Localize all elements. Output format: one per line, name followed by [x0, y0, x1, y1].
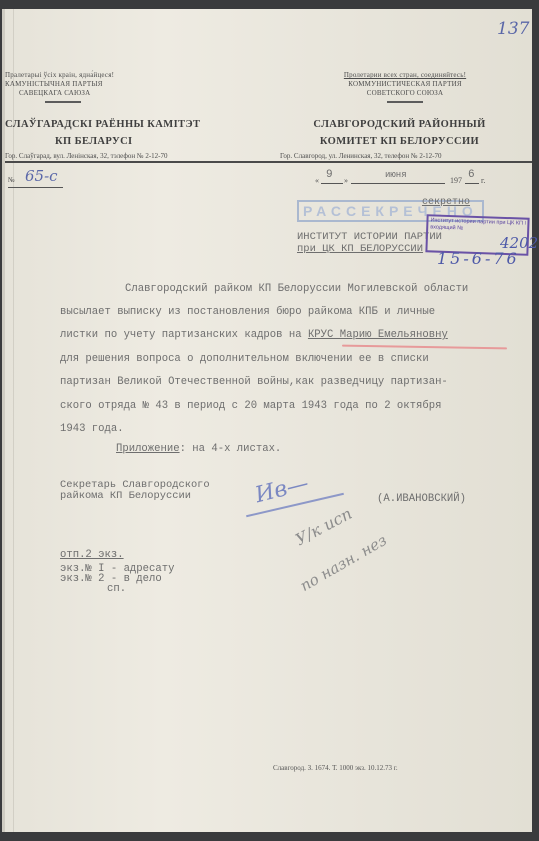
date-line: « 9 » июня 197 6 г.: [315, 169, 515, 187]
letterhead-right: Пролетарии всех стран, соединяйтесь! КОМ…: [305, 71, 505, 103]
party-name-left-1: КАМУНІСТЫЧНАЯ ПАРТЫЯ: [5, 80, 135, 89]
body-line-5: партизан Великой Отечественной войны,как…: [60, 376, 448, 388]
subject-name: КРУС Марию Емельяновну: [308, 329, 448, 341]
addressee-line-1: ИНСТИТУТ ИСТОРИИ ПАРТИИ: [297, 231, 442, 243]
copies-header: отп.2 экз.: [60, 549, 124, 561]
header-rule: [5, 161, 532, 163]
date-year-suffix: г.: [481, 176, 485, 185]
date-year-prefix: 197: [450, 176, 462, 185]
body-line-3-text: листки по учету партизанских кадров на: [60, 329, 308, 341]
body-line-7: 1943 года.: [60, 423, 124, 435]
incoming-date: 15-6-76: [437, 249, 520, 268]
committee-right-1: СЛАВГОРОДСКИЙ РАЙОННЫЙ: [287, 119, 512, 130]
body-line-6: ского отряда № 43 в период с 20 марта 19…: [60, 400, 441, 412]
party-name-left-2: САВЕЦКАГА САЮЗА: [5, 89, 135, 98]
ornament-left: [45, 101, 81, 103]
ornament-right: [387, 101, 423, 103]
outgoing-number: 65-с: [25, 167, 58, 185]
signatory-name: (А.ИВАНОВСКИЙ): [377, 493, 466, 505]
resolution-note-line-1: У/к исп: [292, 504, 355, 549]
date-day: 9: [326, 169, 333, 181]
printer-imprint: Славгород. З. 1674. Т. 1000 экз. 10.12.7…: [273, 764, 398, 772]
body-line-1: Славгородский райком КП Белоруссии Могил…: [125, 283, 468, 295]
letterhead-left: Пралетарыі ўсіх краін, ядна́йцеся! КАМУН…: [5, 71, 135, 103]
slogan-left: Пралетарыі ўсіх краін, ядна́йцеся!: [5, 71, 135, 80]
year-underline: [465, 183, 479, 184]
body-line-3: листки по учету партизанских кадров на К…: [60, 329, 448, 341]
distribution-list: экз.№ I - адресату экз.№ 2 - в дело сп.: [60, 564, 174, 594]
signatory-title-2: райкома КП Белоруссии: [60, 491, 210, 502]
addressee-line-2: при ЦК КП БЕЛОРУССИИ: [297, 243, 423, 255]
outgoing-number-field: № 65-с: [8, 167, 63, 188]
typist-initials: сп.: [60, 584, 174, 594]
body-line-4: для решения вопроса о дополнительном вкл…: [60, 353, 429, 365]
day-underline: [321, 183, 343, 184]
date-quote-close: »: [344, 176, 348, 185]
attachment-line: Приложение: на 4-х листах.: [116, 443, 281, 455]
date-month: июня: [385, 170, 407, 180]
attachment-label: Приложение: [116, 443, 180, 455]
address-right: Гор. Славгород, ул. Ленинская, 32, телеф…: [280, 152, 442, 160]
document-page: 137 Пралетарыі ўсіх краін, ядна́йцеся! К…: [2, 9, 532, 832]
classification-label: секретно: [422, 197, 470, 208]
attachment-text: : на 4-х листах.: [180, 443, 282, 455]
party-name-right-1: КОММУНИСТИЧЕСКАЯ ПАРТИЯ: [305, 80, 505, 89]
committee-left-2: КП БЕЛАРУСІ: [55, 136, 133, 147]
signatory-title: Секретарь Славгородского райкома КП Бело…: [60, 480, 210, 502]
slogan-right: Пролетарии всех стран, соединяйтесь!: [305, 71, 505, 80]
number-sign: №: [8, 176, 15, 184]
body-line-2: высылает выписку из постановления бюро р…: [60, 306, 435, 318]
date-quote-open: «: [315, 176, 319, 185]
committee-right-2: КОМИТЕТ КП БЕЛОРУССИИ: [287, 136, 512, 147]
month-underline: [351, 183, 445, 184]
red-pencil-underline: [342, 345, 507, 350]
address-left: Гор. Слаўгарад, вул. Ленінская, 32, тэле…: [5, 152, 168, 160]
party-name-right-2: СОВЕТСКОГО СОЮЗА: [305, 89, 505, 98]
archive-sheet-number: 137: [497, 19, 529, 39]
date-year-digit: 6: [468, 169, 475, 181]
committee-left-1: СЛАЎГАРАДСКІ РАЁННЫ КАМІТЭТ: [5, 119, 215, 130]
